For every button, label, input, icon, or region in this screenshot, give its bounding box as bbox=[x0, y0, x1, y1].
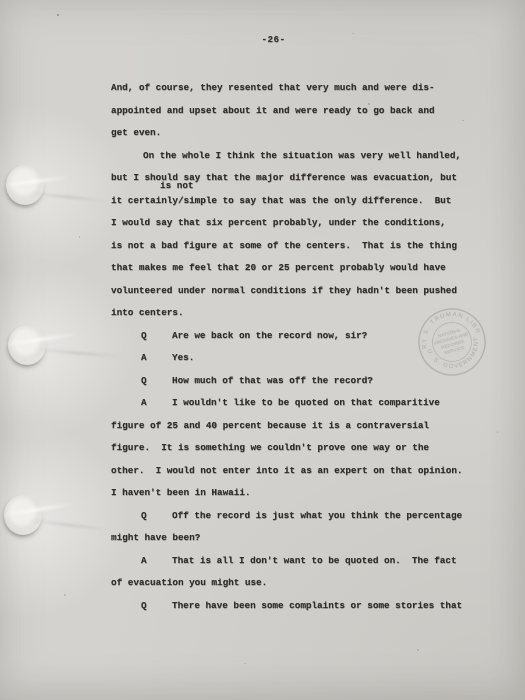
text-line: AThat is all I don't want to be quoted o… bbox=[111, 550, 481, 573]
text-line: On the whole I think the situation was v… bbox=[111, 145, 481, 168]
text-line: I would say that six percent probably, u… bbox=[111, 212, 481, 235]
text-line: figure. It is something we couldn't prov… bbox=[111, 437, 481, 460]
qa-speaker: A bbox=[141, 392, 172, 415]
scan-speck bbox=[497, 431, 498, 433]
qa-text: How much of that was off the record? bbox=[172, 375, 373, 386]
qa-speaker: Q bbox=[141, 325, 172, 348]
scan-speck bbox=[64, 594, 66, 596]
page-number: -26- bbox=[11, 34, 525, 45]
scan-speck bbox=[368, 103, 370, 105]
text-line: get even. bbox=[111, 122, 481, 145]
scan-speck bbox=[57, 14, 59, 16]
typed-insertion: is not bbox=[160, 181, 193, 191]
paper-punch-bump bbox=[8, 325, 46, 365]
qa-text: Yes. bbox=[172, 352, 194, 363]
qa-speaker: Q bbox=[141, 595, 172, 618]
text-line: other. I would not enter into it as an e… bbox=[111, 460, 481, 483]
text-line: of evacuation you might use. bbox=[111, 572, 481, 595]
scan-speck bbox=[417, 649, 419, 651]
text-line: that makes me feel that 20 or 25 percent… bbox=[111, 257, 481, 280]
qa-text: That is all I don't want to be quoted on… bbox=[172, 555, 457, 566]
qa-speaker: A bbox=[141, 347, 172, 370]
stamp-center-text: NATIONAL ARCHIVES AND RECORDS SERVICE bbox=[432, 325, 473, 358]
qa-text: I wouldn't like to be quoted on that com… bbox=[172, 397, 440, 408]
text-line: QThere have been some complaints or some… bbox=[111, 595, 481, 618]
text-line: might have been? bbox=[111, 527, 481, 550]
qa-text: There have been some complaints or some … bbox=[172, 600, 462, 611]
scan-speck bbox=[352, 33, 354, 34]
scan-speck bbox=[462, 120, 464, 121]
scan-speck bbox=[244, 663, 246, 664]
qa-text: Off the record is just what you think th… bbox=[172, 510, 462, 521]
scan-speck bbox=[79, 236, 80, 238]
qa-speaker: A bbox=[141, 550, 172, 573]
text-line: it certainly/simple to say that was the … bbox=[111, 190, 481, 213]
text-line: appointed and upset about it and were re… bbox=[111, 100, 481, 123]
text-line: figure of 25 and 40 percent because it i… bbox=[111, 415, 481, 438]
qa-speaker: Q bbox=[141, 505, 172, 528]
text-line: is not a bad figure at some of the cente… bbox=[111, 235, 481, 258]
text-line: And, of course, they resented that very … bbox=[111, 77, 481, 100]
scanned-document-page: -26- And, of course, they resented that … bbox=[0, 0, 525, 700]
text-line: I haven't been in Hawaii. bbox=[111, 482, 481, 505]
qa-speaker: Q bbox=[141, 370, 172, 393]
qa-text: Are we back on the record now, sir? bbox=[172, 330, 367, 341]
text-line: QOff the record is just what you think t… bbox=[111, 505, 481, 528]
